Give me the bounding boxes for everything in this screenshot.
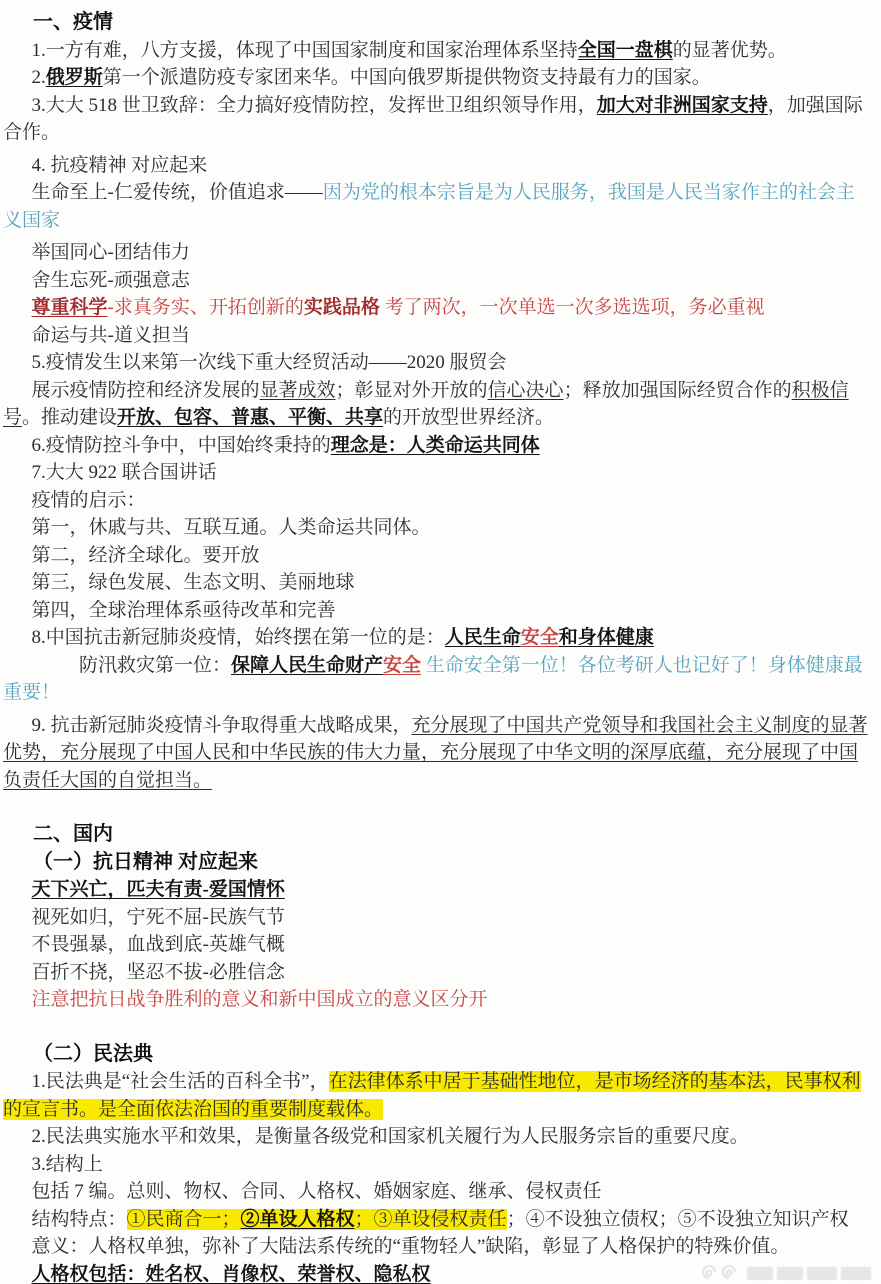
text-run: 人民生命 <box>445 627 521 648</box>
text-run: 1.民法典是“社会生活的百科全书”， <box>32 1071 329 1092</box>
paragraph: 不畏强暴，血战到底-英雄气概 <box>3 931 868 959</box>
text-run: 二、国内 <box>33 823 113 845</box>
text-run: 视死如归，宁死不屈-民族气节 <box>32 907 285 928</box>
paragraph: 天下兴亡，匹夫有责-爱国情怀 <box>3 876 868 904</box>
text-run: ②单设人格权 <box>241 1209 355 1230</box>
text-run: 4. 抗疫精神 对应起来 <box>32 155 208 176</box>
paragraph: 意义：人格权单独，弥补了大陆法系传统的“重物轻人”缺陷，彰显了人格保护的特殊价值… <box>3 1233 868 1261</box>
text-run: 3.结构上 <box>32 1154 103 1175</box>
paragraph: 8.中国抗击新冠肺炎疫情，始终摆在第一位的是：人民生命安全和身体健康 <box>3 624 868 652</box>
text-run: 实践品格 <box>304 297 380 318</box>
paragraph: 注意把抗日战争胜利的意义和新中国成立的意义区分开 <box>3 986 868 1014</box>
text-run: 3.大大 518 世卫致辞：全力搞好疫情防控，发挥世卫组织领导作用， <box>32 95 597 116</box>
text-run: 第四，全球治理体系亟待改革和完善 <box>32 600 336 621</box>
text-run: 安全 <box>383 655 421 676</box>
text-run: 2. <box>32 67 46 88</box>
section-2-1-heading: （一）抗日精神 对应起来 <box>3 849 868 877</box>
paragraph: 第三，绿色发展、生态文明、美丽地球 <box>3 569 868 597</box>
text-run: （一）抗日精神 对应起来 <box>33 851 258 873</box>
text-run: 考了两次，一次单选一次多选选项，务必重视 <box>380 297 765 318</box>
section-1-heading: 一、疫情 <box>3 9 868 37</box>
text-run: 第三，绿色发展、生态文明、美丽地球 <box>32 572 355 593</box>
text-run: ；④不设独立债权；⑤不设独立知识产权 <box>507 1209 849 1230</box>
text-run: 信心决心 <box>488 380 564 401</box>
text-run: 第一，休戚与共、互联互通。人类命运共同体。 <box>32 517 431 538</box>
section-2-heading: 二、国内 <box>3 821 868 849</box>
paragraph: 第一，休戚与共、互联互通。人类命运共同体。 <box>3 514 868 542</box>
text-run: 6.疫情防控斗争中，中国始终秉持的 <box>32 435 331 456</box>
section-2-2-heading: （二）民法典 <box>3 1041 868 1069</box>
paragraph: 7.大大 922 联合国讲话 <box>3 459 868 487</box>
paragraph: 2.民法典实施水平和效果，是衡量各级党和国家机关履行为人民服务宗旨的重要尺度。 <box>3 1123 868 1151</box>
text-run: 的开放型世界经济。 <box>383 407 554 428</box>
paragraph: 5.疫情发生以来第一次线下重大经贸活动——2020 服贸会 <box>3 349 868 377</box>
text-run: ①民商合一； <box>127 1209 241 1230</box>
text-run: 举国同心-团结伟力 <box>32 242 190 263</box>
text-run: 命运与共-道义担当 <box>32 325 190 346</box>
text-run: 注意把抗日战争胜利的意义和新中国成立的意义区分开 <box>32 989 488 1010</box>
text-run: 显著成效 <box>260 380 336 401</box>
text-run: ；③单设侵权责任 <box>355 1209 507 1230</box>
paragraph: 1.民法典是“社会生活的百科全书”，在法律体系中居于基础性地位，是市场经济的基本… <box>3 1068 868 1123</box>
text-run: 防汛救灾第一位： <box>79 655 231 676</box>
text-run: 意义：人格权单独，弥补了大陆法系传统的“重物轻人”缺陷，彰显了人格保护的特殊价值… <box>32 1236 790 1257</box>
paragraph: 展示疫情防控和经济发展的显著成效；彰显对外开放的信心决心；释放加强国际经贸合作的… <box>3 377 868 432</box>
text-run: 2.民法典实施水平和效果，是衡量各级党和国家机关履行为人民服务宗旨的重要尺度。 <box>32 1126 749 1147</box>
text-run: 加大对非洲国家支持 <box>597 95 768 116</box>
paragraph: 3.结构上 <box>3 1151 868 1179</box>
paragraph: 9. 抗击新冠肺炎疫情斗争取得重大战略成果，充分展现了中国共产党领导和我国社会主… <box>3 712 868 795</box>
document-body: 一、疫情1.一方有难，八方支援，体现了中国国家制度和国家治理体系坚持全国一盘棋的… <box>0 0 881 1284</box>
text-run: 。推动建设 <box>22 407 117 428</box>
paragraph: 视死如归，宁死不屈-民族气节 <box>3 904 868 932</box>
text-run: 7.大大 922 联合国讲话 <box>32 462 217 483</box>
text-run: 天下兴亡，匹夫有责-爱国情怀 <box>32 879 285 900</box>
paragraph: 结构特点：①民商合一；②单设人格权；③单设侵权责任；④不设独立债权；⑤不设独立知… <box>3 1206 868 1234</box>
text-run: 和身体健康 <box>559 627 654 648</box>
text-run: 全国一盘棋 <box>578 40 673 61</box>
text-run: 包括 7 编。总则、物权、合同、人格权、婚姻家庭、继承、侵权责任 <box>32 1181 602 1202</box>
text-run: 舍生忘死-顽强意志 <box>32 270 190 291</box>
paragraph: 疫情的启示： <box>3 487 868 515</box>
paragraph: 命运与共-道义担当 <box>3 322 868 350</box>
text-run: 的显著优势。 <box>673 40 787 61</box>
paragraph: 第四，全球治理体系亟待改革和完善 <box>3 597 868 625</box>
text-run: 开放、包容、普惠、平衡、共享 <box>117 407 383 428</box>
text-run: 1.一方有难，八方支援，体现了中国国家制度和国家治理体系坚持 <box>32 40 578 61</box>
text-run: 第一个派遣防疫专家团来华。中国向俄罗斯提供物资支持最有力的国家。 <box>103 67 711 88</box>
text-run: 8.中国抗击新冠肺炎疫情，始终摆在第一位的是： <box>32 627 445 648</box>
paragraph: 百折不挠，坚忍不拔-必胜信念 <box>3 959 868 987</box>
paragraph: 包括 7 编。总则、物权、合同、人格权、婚姻家庭、继承、侵权责任 <box>3 1178 868 1206</box>
text-run: -求真务实、开拓创新的 <box>108 297 304 318</box>
paragraph: 1.一方有难，八方支援，体现了中国国家制度和国家治理体系坚持全国一盘棋的显著优势… <box>3 37 868 65</box>
text-run: 9. 抗击新冠肺炎疫情斗争取得重大战略成果， <box>32 715 412 736</box>
text-run: 5.疫情发生以来第一次线下重大经贸活动——2020 服贸会 <box>32 352 507 373</box>
text-run: 第二，经济全球化。要开放 <box>32 545 260 566</box>
paragraph: 2.俄罗斯第一个派遣防疫专家团来华。中国向俄罗斯提供物资支持最有力的国家。 <box>3 64 868 92</box>
text-run: 保障人民生命财产 <box>231 655 383 676</box>
paragraph: 3.大大 518 世卫致辞：全力搞好疫情防控，发挥世卫组织领导作用，加大对非洲国… <box>3 92 868 147</box>
text-run: ；彰显对外开放的 <box>336 380 488 401</box>
text-run: 生命至上-仁爱传统，价值追求—— <box>32 182 323 203</box>
page: { "colors": { "text": "#2d2d2d", "red": … <box>0 0 881 1284</box>
text-run: 疫情的启示： <box>32 490 146 511</box>
text-run: 展示疫情防控和经济发展的 <box>32 380 260 401</box>
paragraph: 4. 抗疫精神 对应起来 <box>3 152 868 180</box>
paragraph: 尊重科学-求真务实、开拓创新的实践品格 考了两次，一次单选一次多选选项，务必重视 <box>3 294 868 322</box>
watermark-logo <box>699 1261 875 1284</box>
text-run: （二）民法典 <box>33 1043 153 1065</box>
text-run: 安全 <box>521 627 559 648</box>
text-run: 百折不挠，坚忍不拔-必胜信念 <box>32 962 285 983</box>
text-run: 结构特点： <box>32 1209 127 1230</box>
text-run: 人格权包括：姓名权、肖像权、荣誉权、隐私权 <box>32 1264 431 1284</box>
text-run: 不畏强暴，血战到底-英雄气概 <box>32 934 285 955</box>
text-run: 尊重科学 <box>32 297 108 318</box>
paragraph: 6.疫情防控斗争中，中国始终秉持的理念是：人类命运共同体 <box>3 432 868 460</box>
paragraph: 舍生忘死-顽强意志 <box>3 267 868 295</box>
paragraph: 生命至上-仁爱传统，价值追求——因为党的根本宗旨是为人民服务，我国是人民当家作主… <box>3 179 868 234</box>
text-run: 一、疫情 <box>33 11 113 33</box>
text-run: 理念是：人类命运共同体 <box>331 435 540 456</box>
text-run: 俄罗斯 <box>46 67 103 88</box>
paragraph: 防汛救灾第一位：保障人民生命财产安全 生命安全第一位！各位考研人也记好了！身体健… <box>3 652 868 707</box>
text-run: ；释放加强国际经贸合作的 <box>564 380 792 401</box>
paragraph: 第二，经济全球化。要开放 <box>3 542 868 570</box>
paragraph: 举国同心-团结伟力 <box>3 239 868 267</box>
